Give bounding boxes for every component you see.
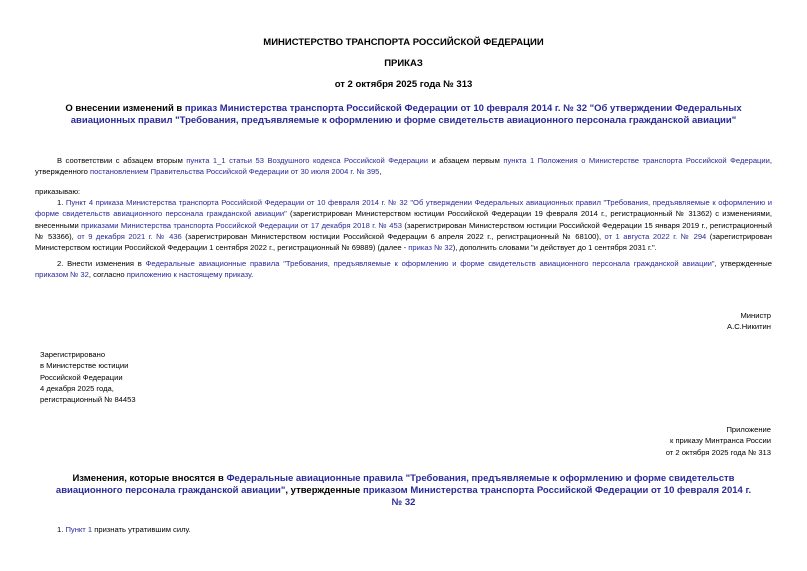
- signatory-position: Министр: [571, 310, 771, 321]
- link-order-32[interactable]: приказ № 32: [408, 243, 453, 252]
- registration-block: Зарегистрировано в Министерстве юстиции …: [40, 349, 240, 405]
- preamble-text: В соответствии с абзацем вторым: [57, 156, 186, 165]
- link-ministry-regulation[interactable]: пункта 1 Положения о Министерстве трансп…: [503, 156, 770, 165]
- item-text: признать утратившим силу.: [92, 525, 191, 534]
- link-order-32[interactable]: приказом № 32: [35, 270, 89, 279]
- doc-type-heading: ПРИКАЗ: [0, 58, 807, 69]
- registration-line: Российской Федерации: [40, 372, 240, 383]
- link-point-1[interactable]: Пункт 1: [65, 525, 92, 534]
- signature-block: Министр А.С.Никитин: [571, 310, 771, 333]
- item-text: , утвержденные: [715, 259, 772, 268]
- item-text: (зарегистрирован Министерством юстиции Р…: [182, 232, 605, 241]
- item-text: 1.: [57, 198, 66, 207]
- link-order-453[interactable]: приказами Министерства транспорта Россий…: [81, 221, 402, 230]
- signatory-name: А.С.Никитин: [571, 321, 771, 332]
- link-air-code-article-53[interactable]: пункта 1_1 статьи 53 Воздушного кодекса …: [186, 156, 428, 165]
- preamble-text: и абзацем первым: [428, 156, 503, 165]
- registration-line: регистрационный № 84453: [40, 394, 240, 405]
- order-word: приказываю:: [35, 186, 80, 197]
- item-text: 2. Внести изменения в: [57, 259, 146, 268]
- appendix-note-line: от 2 октября 2025 года № 313: [521, 447, 771, 458]
- link-federal-aviation-rules[interactable]: Федеральные авиационные правила "Требова…: [146, 259, 715, 268]
- appendix-title-text: , утвержденные: [285, 485, 363, 496]
- ministry-heading: МИНИСТЕРСТВО ТРАНСПОРТА РОССИЙСКОЙ ФЕДЕР…: [0, 37, 807, 48]
- item-text: ), дополнить словами "и действует до 1 с…: [453, 243, 657, 252]
- link-order-294[interactable]: от 1 августа 2022 г. № 294: [605, 232, 707, 241]
- appendix-title: Изменения, которые вносятся в Федеральны…: [50, 473, 757, 509]
- link-government-decree-395[interactable]: постановлением Правительства Российской …: [90, 167, 379, 176]
- appendix-note-line: к приказу Минтранса России: [521, 435, 771, 446]
- registration-line: 4 декабря 2025 года,: [40, 383, 240, 394]
- item-1-paragraph: 1. Пункт 4 приказа Министерства транспор…: [35, 197, 772, 253]
- registration-line: Зарегистрировано: [40, 349, 240, 360]
- appendix-note: Приложение к приказу Минтранса России от…: [521, 424, 771, 458]
- item-2-paragraph: 2. Внести изменения в Федеральные авиаци…: [35, 258, 772, 281]
- registration-line: в Министерстве юстиции: [40, 360, 240, 371]
- preamble-paragraph: В соответствии с абзацем вторым пункта 1…: [35, 155, 772, 178]
- link-order-436[interactable]: от 9 декабря 2021 г. № 436: [77, 232, 182, 241]
- doc-date-number: от 2 октября 2025 года № 313: [0, 79, 807, 90]
- preamble-text: ,: [379, 167, 381, 176]
- appendix-title-text: Изменения, которые вносятся в: [72, 473, 226, 484]
- title-prefix: О внесении изменений в: [65, 103, 185, 114]
- appendix-note-line: Приложение: [521, 424, 771, 435]
- link-appendix[interactable]: приложению к настоящему приказу: [127, 270, 251, 279]
- link-order-32-full[interactable]: приказом Министерства транспорта Российс…: [363, 485, 751, 508]
- appendix-item-1: 1. Пункт 1 признать утратившим силу.: [35, 524, 772, 535]
- item-text: , согласно: [89, 270, 127, 279]
- item-text: .: [251, 270, 253, 279]
- document-title: О внесении изменений в приказ Министерст…: [40, 103, 767, 127]
